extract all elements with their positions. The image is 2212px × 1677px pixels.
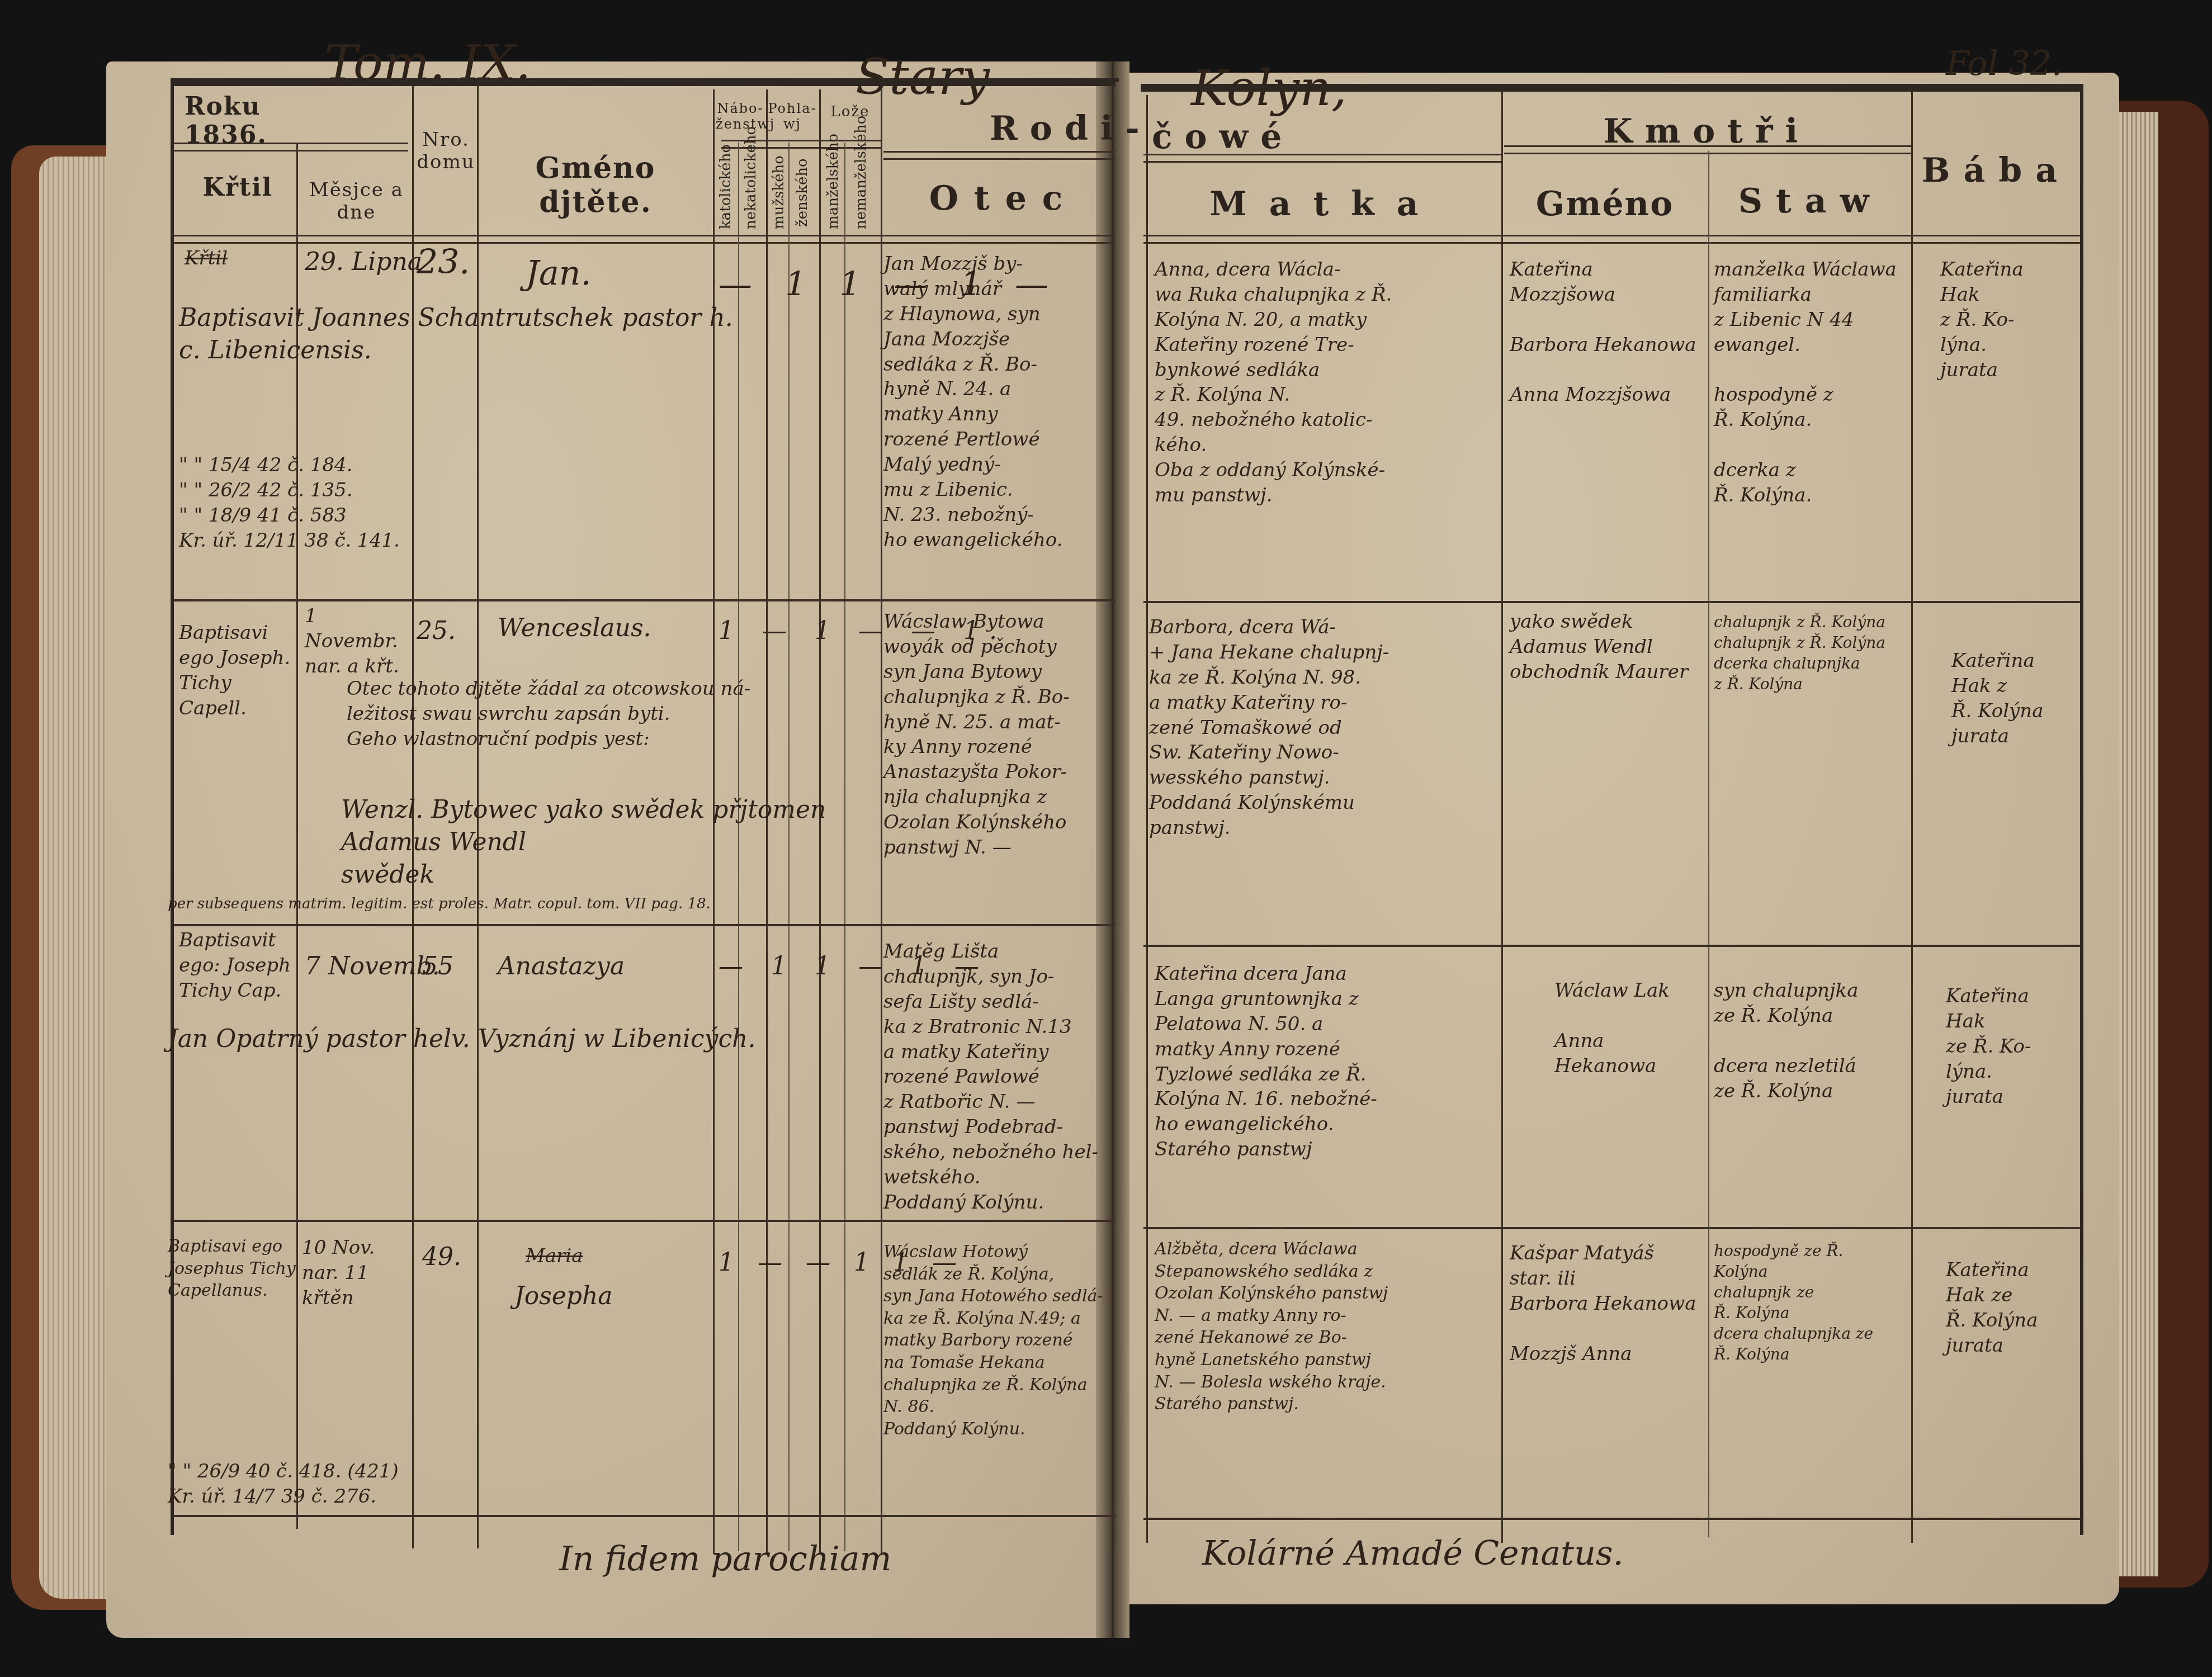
record-3-mother: Kateřina dcera Jana Langa gruntownjka z … [1155,961,1496,1162]
record-1-father: Jan Mozzjš by- walý mlynář z Hlaynowa, s… [883,252,1110,553]
col-line-bed-b [881,89,882,1554]
folio-number: Fol 32. [1946,42,2062,86]
top-rule-right [1141,84,2083,92]
header-year-print: Roku 1836. [185,92,308,149]
footer-signature-right: Kolárné Amadé Cenatus. [1202,1532,1624,1576]
record-4-mother: Alžběta, dcera Wáclawa Stepanowského sed… [1155,1238,1499,1415]
record-3-midwife: Kateřina Hak ze Ř. Ko- lýna. jurata [1946,984,2074,1109]
col-line-godparent-status [1911,89,1913,1543]
col-line-godparent-name [1708,151,1709,1537]
record-1-baptizer: Baptisavit Joannes Schantrutschek pastor… [179,302,738,367]
record-2-godparent-status: chalupnjk z Ř. Kolýna chalupnjk z Ř. Kol… [1714,612,1909,695]
col-line-father [1113,95,1114,1548]
row-sep-3-left [173,1220,1116,1222]
record-4-child-name: Josepha [514,1280,612,1313]
header-religion-noncatholic: nekatolického [743,157,759,229]
record-3-father: Matěg Lišta chalupnjk, syn Jo- sefa Lišt… [883,939,1110,1215]
row-sep-2-left [173,924,1116,926]
row-sep-1-right [1143,601,2080,603]
record-3-house-no: 55 [422,950,453,983]
header-bed-nonmarital: nemanželského [853,157,869,229]
record-1-crossed-text: Křtil [185,246,228,271]
record-2-signatures: Wenzl. Bytowec yako swědek přjtomen Adam… [341,794,872,891]
record-1-child-name: Jan. [526,252,592,296]
year-label: Roku 1836. [185,92,267,149]
record-2-footnote: per subsequens matrim. legitim. est prol… [168,894,711,913]
header-parents-left: Rodi- [990,109,1113,148]
header-mother: Matka [1152,184,1499,224]
header-house-no: Nro. domu [417,129,475,173]
record-4-house-no: 49. [422,1241,461,1273]
header-godparent-name: Gméno [1504,184,1705,224]
record-2-house-no: 25. [417,615,456,647]
record-4-godparent-names: Kašpar Matyáš star. ili Barbora Hekanowa… [1510,1241,1705,1366]
header-bed: Lože [821,103,880,120]
row-sep-4-left [173,1515,1116,1517]
header-child-name: Gméno djtěte. [481,151,710,219]
row-sep-2-right [1143,945,2080,947]
record-1-house-no: 23. [417,240,470,285]
header-father-divider [883,151,1116,160]
header-parents-right: čowé [1152,117,1275,157]
record-4-date: 10 Nov. nar. 11 křtěn [302,1235,411,1311]
record-2-godparent-names: yako swědek Adamus Wendl obchodník Maure… [1510,609,1705,685]
row-sep-1-left [173,599,1116,601]
header-religion-catholic: katolického [717,157,734,229]
record-2-father: Wácslaw Bytowa woyák od pěchoty syn Jana… [883,609,1110,860]
row-sep-3-right [1143,1227,2080,1229]
record-2-paternity-note: Otec tohoto djtěte žádal za otcowskou ná… [347,676,878,752]
record-4-margin-notes: " " 26/9 40 č. 418. (421) Kr. úř. 14/7 3… [168,1459,399,1509]
header-sex: Pohla-wj [767,101,817,132]
record-3-pastor-note: Jan Opatrný pastor helv. Vyznánj w Liben… [168,1023,867,1055]
row-sep-4-right [1143,1518,2080,1520]
col-line-mother [1501,89,1503,1543]
record-3-date: 7 Novemb. [305,950,440,983]
page-edges-left [39,157,106,1599]
record-4-child-name-crossed: Maria [526,1244,583,1269]
record-2-midwife: Kateřina Hak z Ř. Kolýna jurata [1951,648,2074,749]
record-2-date: 1 Novembr. nar. a křt. [305,604,411,679]
header-bottom-rule-left [173,235,1116,244]
record-1-godparent-names: Kateřina Mozzjšowa Barbora Hekanowa Anna… [1510,257,1705,408]
record-2-mother: Barbora, dcera Wá- + Jana Hekane chalupn… [1149,615,1496,841]
record-3-baptizer: Baptisavit ego: Joseph Tichy Cap. [179,928,296,1003]
header-bed-marital: manželského [825,157,842,229]
record-1-godparent-status: manželka Wáclawa familiarka z Libenic N … [1714,257,1909,508]
record-4-godparent-status: hospodyně ze Ř. Kolýna chalupnjk ze Ř. K… [1714,1241,1909,1365]
record-2-child-name: Wenceslaus. [498,612,651,645]
footer-attestation-left: In fidem parochiam [559,1537,891,1581]
record-3-godparent-status: syn chalupnjka ze Ř. Kolýna dcera nezlet… [1714,978,1909,1103]
record-3-child-name: Anastazya [498,950,625,983]
top-rule-left [171,78,1116,86]
record-1-midwife: Kateřina Hak z Ř. Ko- lýna. jurata [1940,257,2074,382]
record-4-midwife: Kateřina Hak ze Ř. Kolýna jurata [1946,1258,2074,1358]
header-godparent-status: Staw [1711,182,1909,221]
header-baptizer: Křtil [179,173,296,202]
header-month-day: Měsjce a dne [302,179,411,224]
header-bottom-rule-right [1143,235,2080,244]
record-3-godparent-names: Wáclaw Lak Anna Hekanowa [1554,978,1705,1079]
header-sex-male: mužského [771,157,787,229]
header-sex-female: ženského [794,157,811,229]
record-2-baptizer: Baptisavi ego Joseph. Tichy Capell. [179,620,296,721]
header-midwife: Bába [1912,151,2080,190]
record-4-father: Wácslaw Hotowý sedlák ze Ř. Kolýna, syn … [883,1241,1110,1440]
header-godparents: Kmotři [1504,112,1909,151]
page-edges-right [2119,112,2158,1576]
record-1-margin-notes: " " 15/4 42 č. 184. " " 26/2 42 č. 135. … [179,453,400,553]
record-1-date: 29. Lipna [305,246,422,278]
record-1-mother: Anna, dcera Wácla- wa Ruka chalupnjka z … [1155,257,1496,508]
record-4-baptizer: Baptisavi ego Josephus Tichy Capellanus. [168,1235,296,1302]
col-line-mother-start [1146,95,1148,1543]
header-father: Otec [895,179,1113,218]
